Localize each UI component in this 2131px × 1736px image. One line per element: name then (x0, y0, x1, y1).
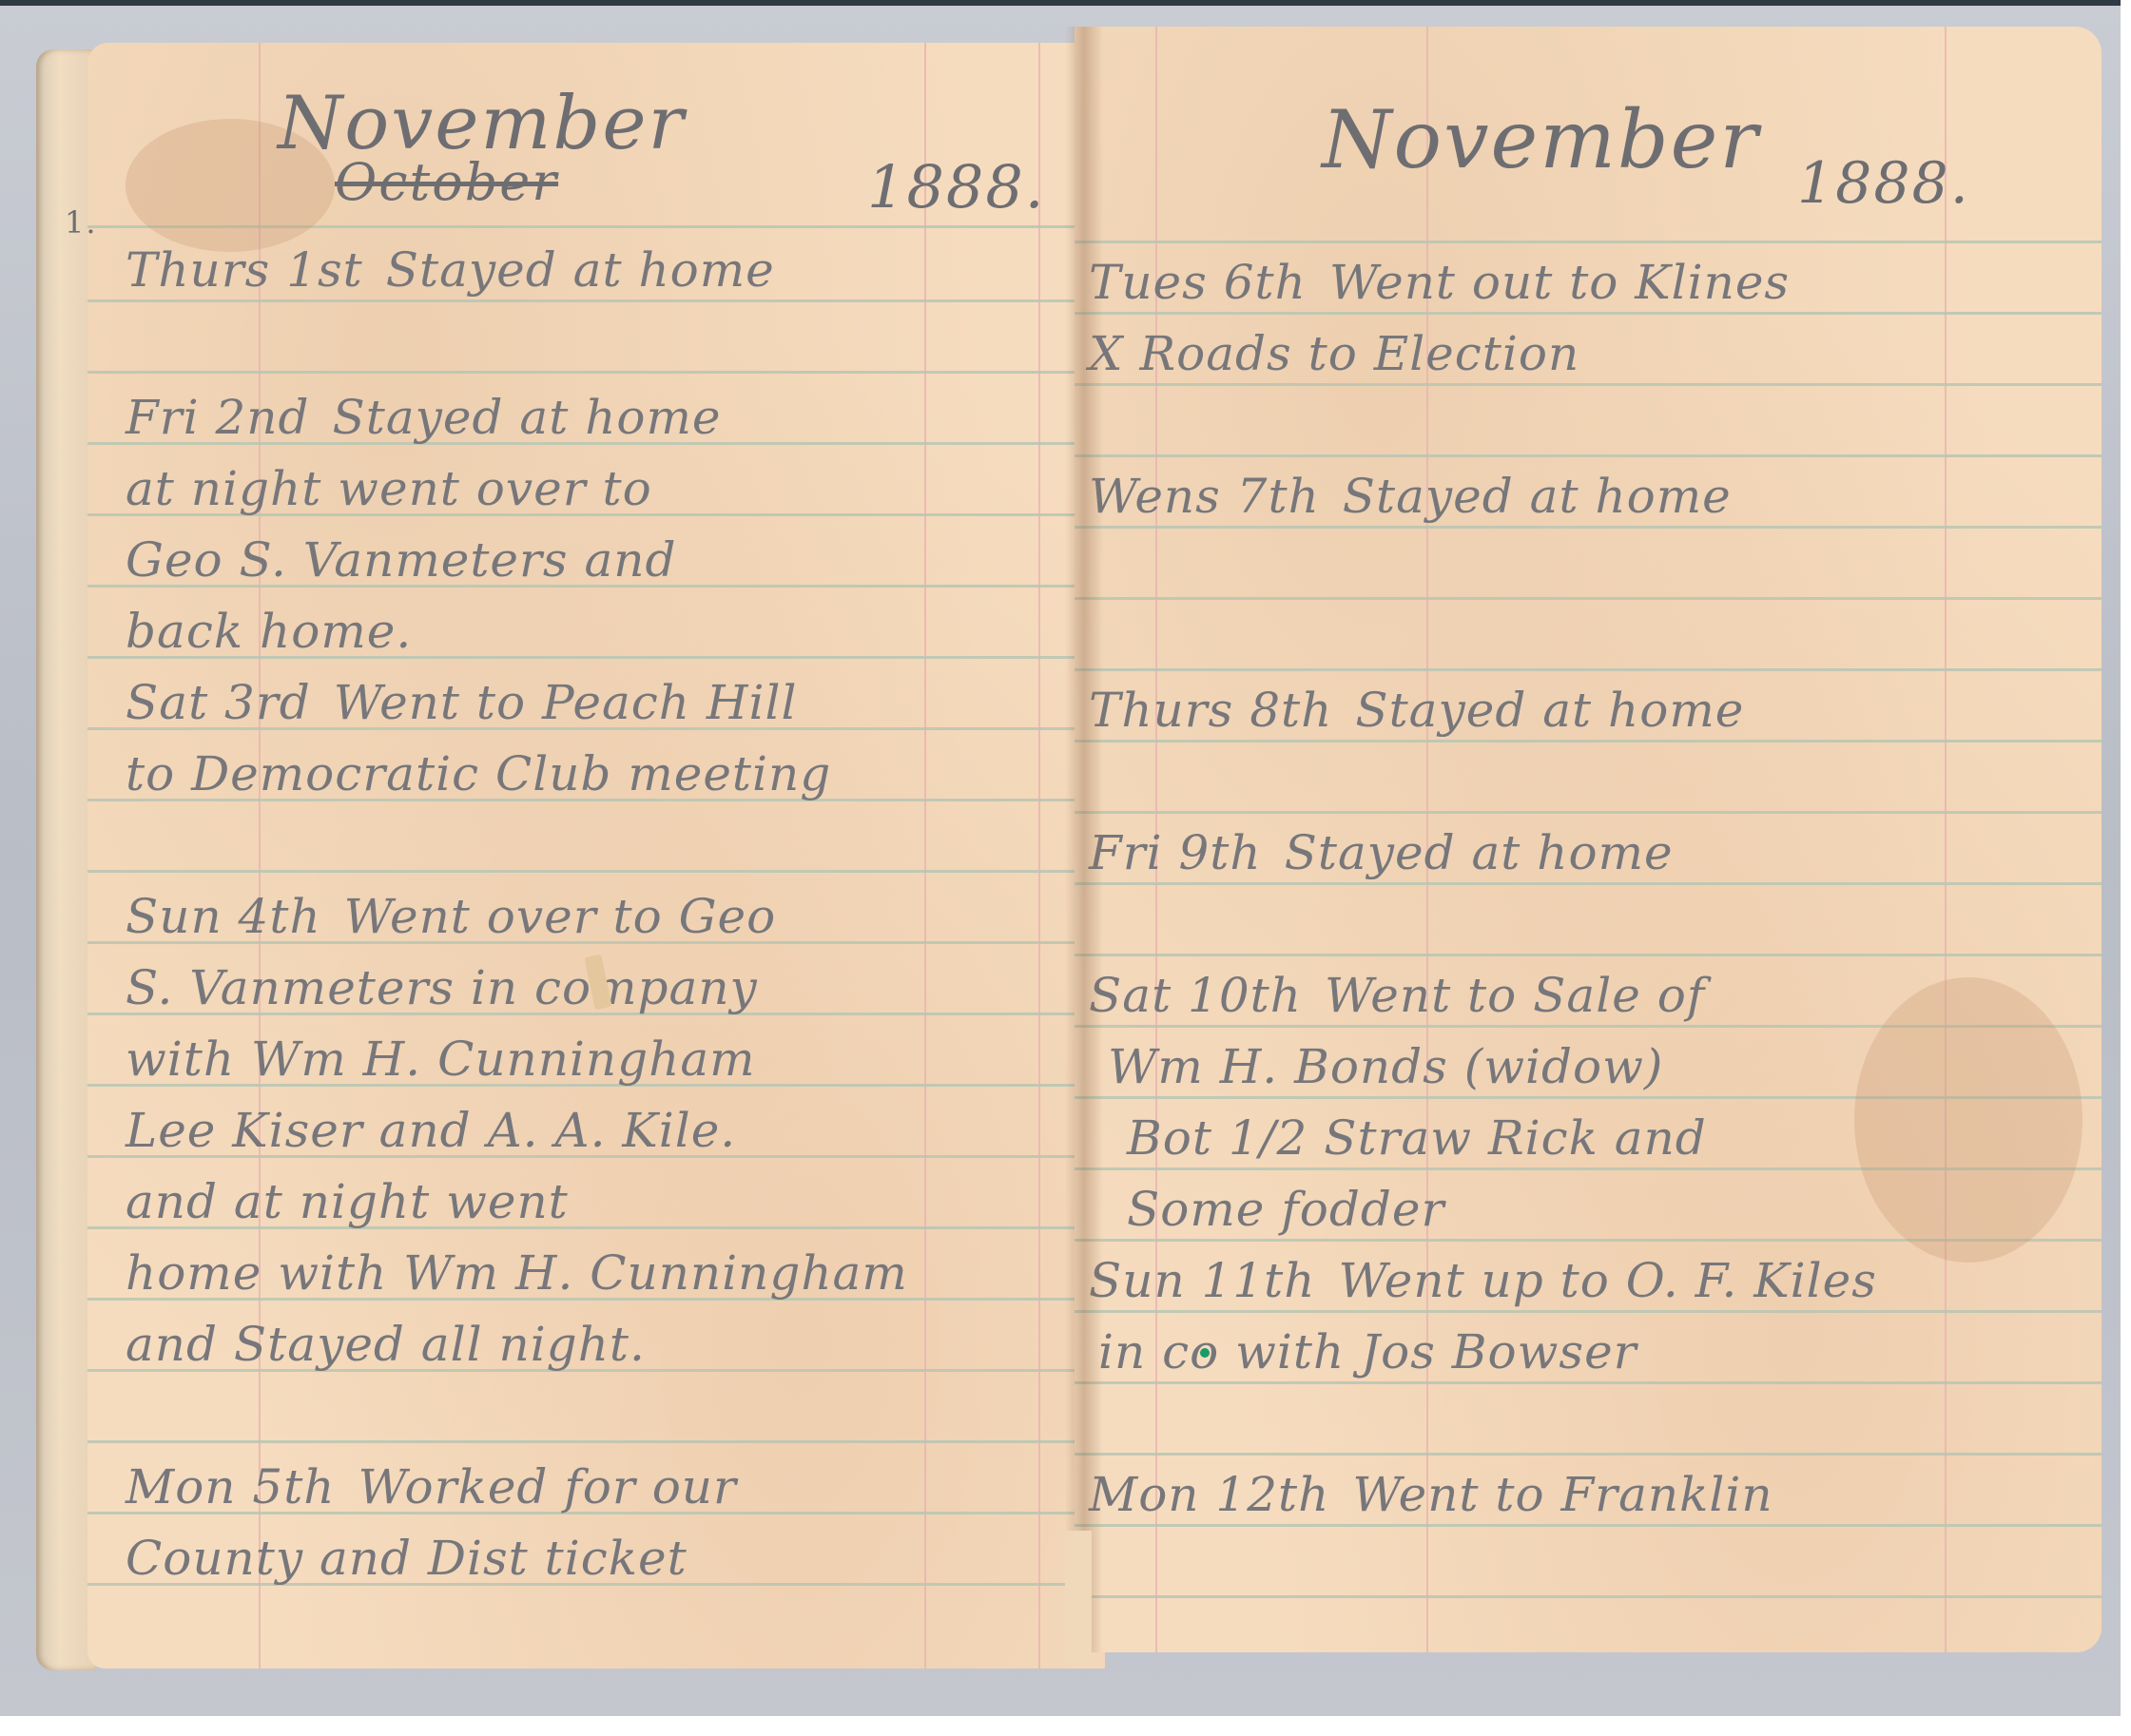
rule-line (87, 1440, 1105, 1443)
diary-entry-line: back home. (126, 604, 412, 659)
rule-line (87, 299, 1105, 302)
scanner-top-band (0, 0, 2121, 6)
diary-entry-line: Wens 7thStayed at home (1089, 469, 1732, 524)
rule-line (1075, 1595, 2102, 1598)
diary-entry-line: Fri 9thStayed at home (1089, 825, 1674, 880)
left-page: November October 1888. Thurs 1stStayed a… (87, 43, 1105, 1668)
rule-line (1075, 882, 2102, 885)
diary-entry-line: Lee Kiser and A. A. Kile. (126, 1103, 736, 1158)
diary-entry-line: Geo S. Vanmeters and (126, 532, 676, 588)
diary-entry-line: Fri 2ndStayed at home (126, 390, 722, 445)
diary-entry-line: home with Wm H. Cunningham (126, 1245, 908, 1301)
diary-entry-line: Sat 10thWent to Sale of (1089, 968, 1705, 1023)
diary-entry-line: at night went over to (126, 461, 652, 516)
diary-entry-line: Bot 1/2 Straw Rick and (1127, 1110, 1707, 1166)
diary-entry-line: X Roads to Election (1089, 326, 1579, 381)
rule-line (87, 371, 1105, 374)
rule-line (1075, 811, 2102, 814)
diary-entry-line: S. Vanmeters in company (126, 960, 758, 1015)
diary-entry-line: Thurs 8thStayed at home (1089, 683, 1744, 738)
rule-line (1075, 1381, 2102, 1384)
rule-line (1075, 954, 2102, 956)
ink-spot (1200, 1348, 1210, 1358)
page-tab-edge (1065, 1531, 1092, 1664)
paper-stain (1854, 977, 2083, 1263)
rule-line (87, 870, 1105, 873)
heading-year: 1888. (1797, 150, 1970, 217)
margin-line (924, 43, 926, 1668)
diary-entry-line: Wm H. Bonds (widow) (1108, 1039, 1663, 1094)
diary-entry-line: Some fodder (1127, 1182, 1444, 1237)
rule-line (1075, 668, 2102, 671)
diary-entry-line: County and Dist ticket (126, 1531, 688, 1586)
rule-line (1075, 597, 2102, 600)
margin-mark: 1. (65, 204, 98, 241)
diary-entry-line: and Stayed all night. (126, 1317, 646, 1372)
diary-entry-line: and at night went (126, 1174, 569, 1229)
diary-entry-line: in co with Jos Bowser (1098, 1324, 1637, 1379)
rule-line (1075, 241, 2102, 243)
diary-entry-line: Tues 6thWent out to Klines (1089, 255, 1790, 310)
right-page: November 1888. Tues 6thWent out to Kline… (1075, 27, 2102, 1652)
rule-line (1075, 454, 2102, 457)
rule-line (1075, 1310, 2102, 1313)
diary-entry-line: Sun 11thWent up to O. F. Kiles (1089, 1253, 1877, 1308)
rule-line (1075, 1453, 2102, 1456)
diary-entry-line: with Wm H. Cunningham (126, 1032, 756, 1087)
diary-entry-line: Mon 5thWorked for our (126, 1459, 737, 1514)
heading-month-struck: October (335, 152, 558, 212)
page-edge-stack (36, 49, 95, 1670)
rule-line (1075, 526, 2102, 529)
diary-entry-line: Sat 3rdWent to Peach Hill (126, 675, 797, 730)
diary-entry-line: Mon 12thWent to Franklin (1089, 1467, 1773, 1522)
heading-year: 1888. (867, 152, 1046, 222)
book-gutter (1065, 27, 1103, 1652)
rule-line (1075, 383, 2102, 386)
diary-entry-line: to Democratic Club meeting (126, 746, 831, 801)
rule-line (1075, 312, 2102, 315)
rule-line (1075, 740, 2102, 743)
diary-entry-line: Sun 4thWent over to Geo (126, 889, 776, 944)
margin-line (1038, 43, 1040, 1668)
heading-month: November (1322, 93, 1760, 186)
margin-line (1945, 27, 1947, 1652)
diary-entry-line: Thurs 1stStayed at home (126, 242, 775, 298)
rule-line (1075, 1524, 2102, 1527)
